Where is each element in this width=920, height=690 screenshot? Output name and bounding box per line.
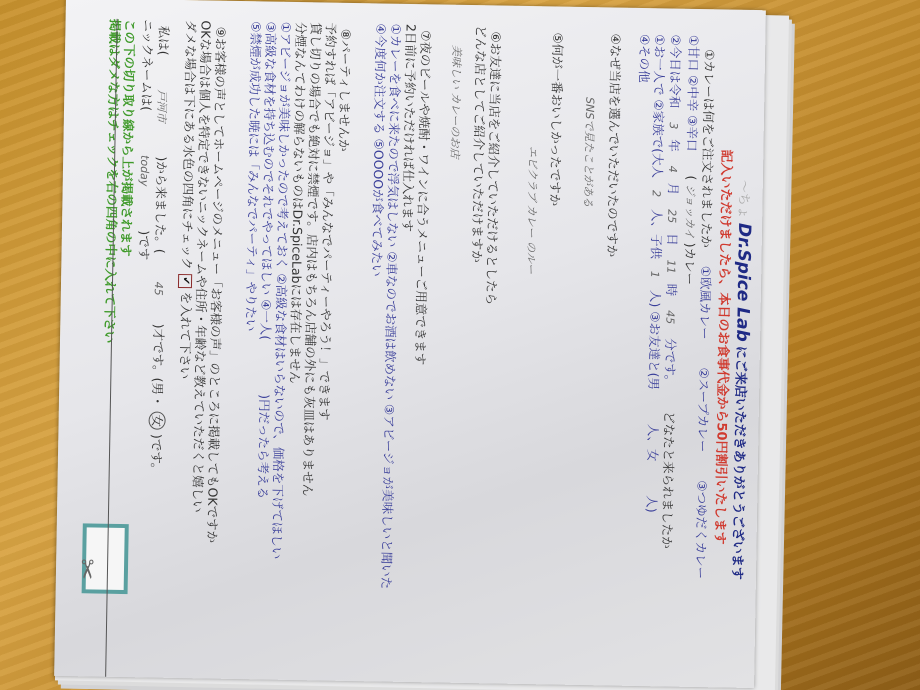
profile-nickname[interactable]: today <box>138 155 152 187</box>
q1-option-1[interactable]: ①欧風カレー <box>697 266 713 340</box>
sample-check-mark-icon: ✔ <box>178 274 192 288</box>
q1-handwritten[interactable]: ジョッカイ <box>683 184 697 239</box>
q1-option-3[interactable]: ③つゆだくカレー <box>693 480 710 579</box>
q4-question: ④なぜ当店を選んでいただいたのですか <box>604 33 626 257</box>
q5-question: ⑤何が一番おいしかったですか <box>546 32 567 206</box>
q2-minute[interactable]: 45 <box>663 310 676 324</box>
q2-month[interactable]: 4 <box>666 166 679 173</box>
profile-gender-selected[interactable]: 女 <box>148 411 165 430</box>
scissors-icon: ✂ <box>71 558 101 580</box>
q2-year[interactable]: 3 <box>667 122 680 129</box>
q2-day[interactable]: 25 <box>665 209 678 223</box>
q2-hour[interactable]: 11 <box>664 260 677 274</box>
q2-other[interactable]: ④その他 <box>636 34 655 83</box>
q6-answer[interactable]: 美味しい カレーのお店 <box>447 45 465 159</box>
q5-answer[interactable]: エビクラブ カレー のルー <box>523 146 541 274</box>
q4-answer[interactable]: SNSで見たことがある <box>580 97 598 207</box>
survey-sheet: ～ちょ Dr.Spice Lab にご来店いただきありがとうございます 記入いた… <box>54 0 766 688</box>
q2-children[interactable]: 1 <box>648 271 661 278</box>
q2-adults[interactable]: 2 <box>650 190 663 197</box>
header-prefix: ～ちょ <box>735 180 751 219</box>
q1-sub-options: ①甘口 ②中辛 ③辛口 <box>684 35 701 152</box>
q1-option-2[interactable]: ②スープカレー <box>695 367 711 452</box>
profile-origin[interactable]: 戸河市 <box>155 89 169 122</box>
survey-content: ～ちょ Dr.Spice Lab にご来店いただきありがとうございます 記入いた… <box>54 18 765 688</box>
profile-age[interactable]: 45 <box>152 282 165 296</box>
